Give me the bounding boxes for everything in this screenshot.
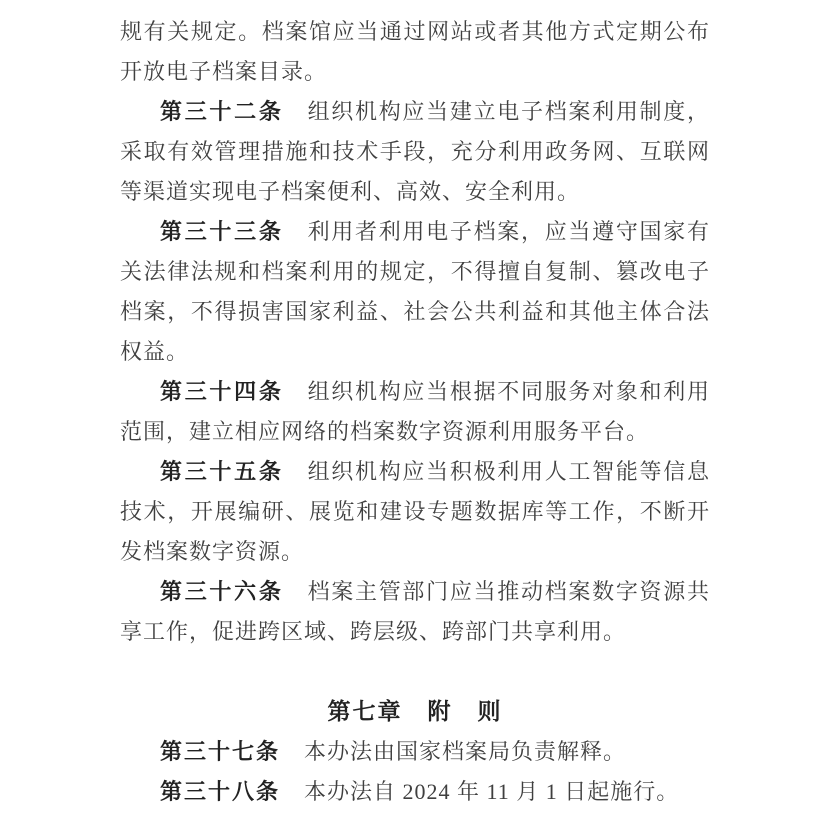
article-paragraph-35: 第三十五条组织机构应当积极利用人工智能等信息技术，开展编研、展览和建设专题数据库… bbox=[120, 452, 710, 572]
article-paragraph-38: 第三十八条本办法自 2024 年 11 月 1 日起施行。 bbox=[120, 772, 710, 812]
article-number: 第三十七条 bbox=[160, 739, 280, 764]
intro-paragraph: 规有关规定。档案馆应当通过网站或者其他方式定期公布开放电子档案目录。 bbox=[120, 12, 710, 92]
document-page: 规有关规定。档案馆应当通过网站或者其他方式定期公布开放电子档案目录。 第三十二条… bbox=[0, 0, 816, 818]
article-paragraph-36: 第三十六条档案主管部门应当推动档案数字资源共享工作，促进跨区域、跨层级、跨部门共… bbox=[120, 572, 710, 652]
article-number: 第三十二条 bbox=[160, 99, 284, 124]
article-paragraph-34: 第三十四条组织机构应当根据不同服务对象和利用范围，建立相应网络的档案数字资源利用… bbox=[120, 372, 710, 452]
intro-paragraph-text: 规有关规定。档案馆应当通过网站或者其他方式定期公布开放电子档案目录。 bbox=[120, 19, 710, 84]
article-paragraph-33: 第三十三条利用者利用电子档案，应当遵守国家有关法律法规和档案利用的规定，不得擅自… bbox=[120, 212, 710, 372]
article-number: 第三十四条 bbox=[160, 379, 284, 404]
article-number: 第三十三条 bbox=[160, 219, 284, 244]
article-text: 本办法自 2024 年 11 月 1 日起施行。 bbox=[304, 779, 679, 804]
article-number: 第三十六条 bbox=[160, 579, 284, 604]
article-paragraph-37: 第三十七条本办法由国家档案局负责解释。 bbox=[120, 732, 710, 772]
article-text: 本办法由国家档案局负责解释。 bbox=[304, 739, 626, 764]
article-number: 第三十八条 bbox=[160, 779, 280, 804]
article-number: 第三十五条 bbox=[160, 459, 284, 484]
chapter-heading: 第七章 附 则 bbox=[120, 692, 710, 732]
article-paragraph-32: 第三十二条组织机构应当建立电子档案利用制度，采取有效管理措施和技术手段，充分利用… bbox=[120, 92, 710, 212]
